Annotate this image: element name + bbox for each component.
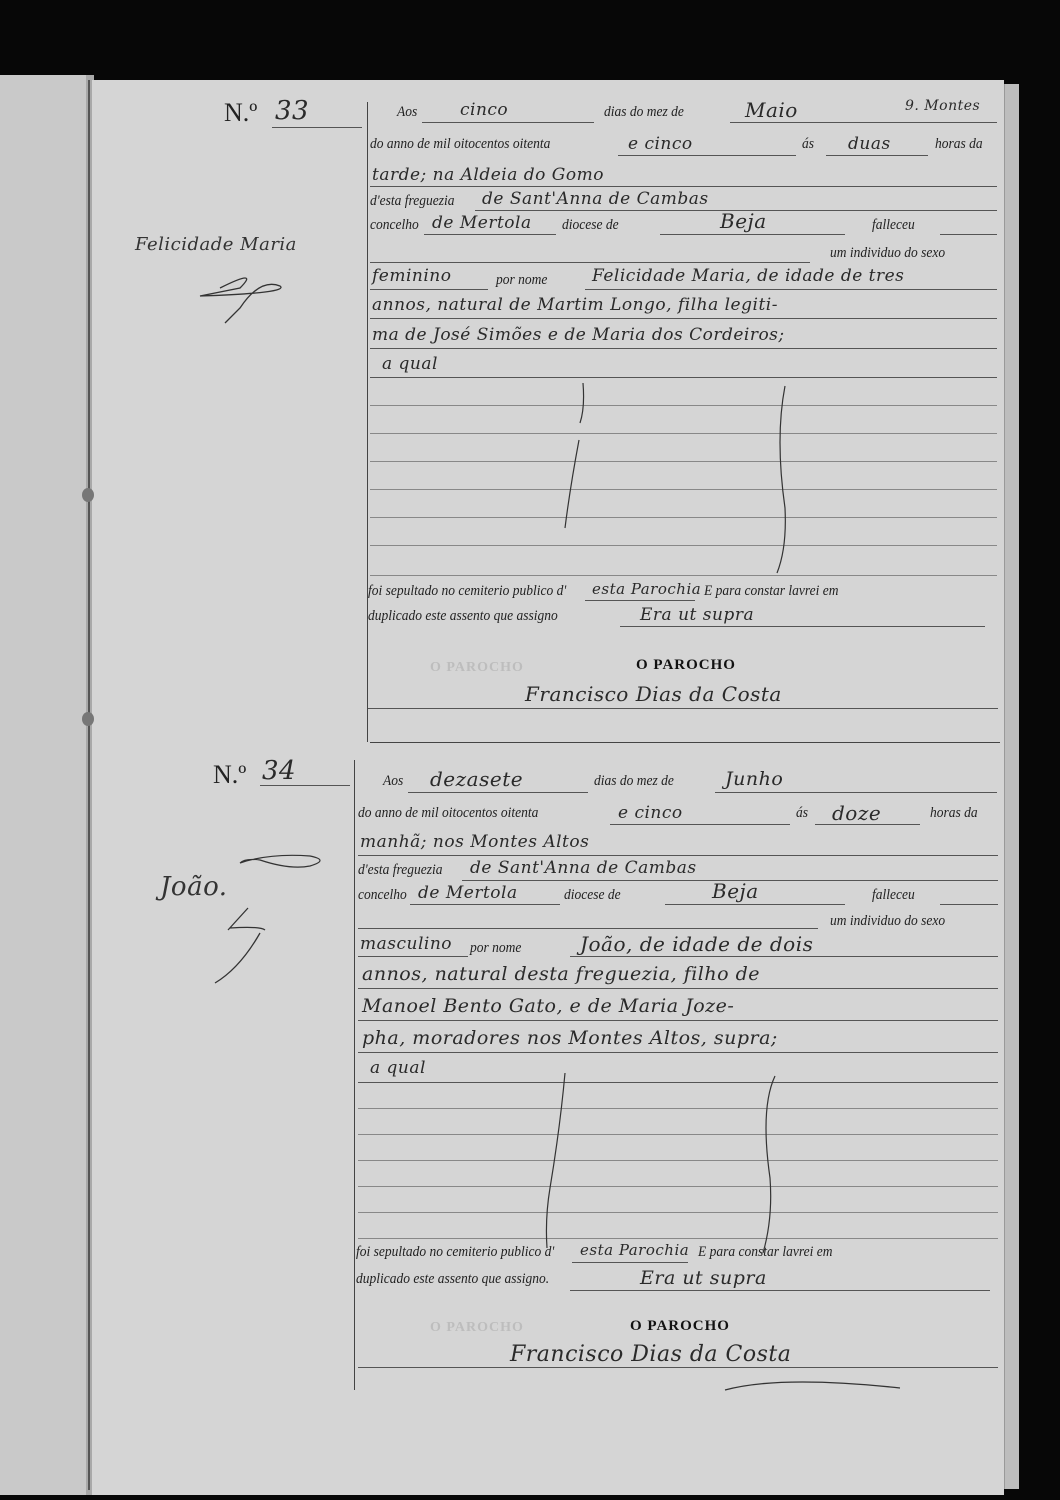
label-month: dias do mez de: [604, 104, 684, 121]
facing-page: [0, 75, 88, 1495]
rule: [610, 824, 790, 825]
rule: [370, 262, 810, 263]
field-details: ma de José Simões e de Maria dos Cordeir…: [372, 325, 785, 345]
entry-number-label: N.º: [213, 760, 246, 790]
binding-knot: [82, 712, 94, 726]
field-sex: masculino: [360, 934, 452, 954]
field-day: cinco: [460, 100, 508, 120]
field-hour: doze: [832, 801, 881, 825]
rule: [660, 234, 845, 235]
label-died: falleceu: [872, 887, 915, 904]
rule: [715, 792, 997, 793]
rule: [358, 1020, 998, 1021]
field-details: annos, natural desta freguezia, filho de: [362, 963, 760, 985]
cancel-strokes-icon: [555, 378, 805, 578]
rule: [424, 234, 556, 235]
field-name: Felicidade Maria, de idade de tres: [592, 266, 904, 286]
rule: [370, 289, 488, 290]
bleed-through-text: O PAROCHO: [430, 660, 524, 676]
field-details: a qual: [370, 1058, 426, 1078]
rule: [620, 626, 985, 627]
entry-number: 33: [275, 96, 309, 126]
rule: [370, 318, 997, 319]
binding-thread: [88, 80, 90, 1490]
label-as: ás: [796, 805, 808, 822]
field-month: Maio: [745, 98, 798, 122]
field-time-place: tarde; na Aldeia do Gomo: [372, 165, 604, 185]
field-county: de Mertola: [432, 213, 532, 233]
parocho-signature: Francisco Dias da Costa: [525, 682, 782, 706]
label-parish: d'esta freguezia: [370, 193, 455, 210]
rule: [585, 600, 695, 601]
label-record: E para constar lavrei em: [698, 1244, 832, 1261]
field-details: annos, natural de Martim Longo, filha le…: [372, 295, 778, 315]
label-name: por nome: [496, 272, 547, 289]
label-county: concelho: [370, 217, 419, 234]
label-sex: um individuo do sexo: [830, 245, 945, 262]
field-name: João, de idade de dois: [580, 932, 813, 956]
rule: [665, 904, 845, 905]
rule: [815, 824, 920, 825]
field-hour: duas: [848, 134, 891, 154]
label-as: ás: [802, 136, 814, 153]
rule: [368, 708, 998, 709]
field-county: de Mertola: [418, 883, 518, 903]
rule: [422, 122, 594, 123]
rule: [260, 785, 350, 786]
rule: [358, 1052, 998, 1053]
cancel-strokes-icon: [535, 1068, 795, 1258]
rule: [572, 1262, 688, 1263]
rule: [370, 186, 997, 187]
label-hours: horas da: [930, 805, 978, 822]
field-era-ut-supra: Era ut supra: [640, 1267, 767, 1289]
parocho-title: O PAROCHO: [636, 657, 736, 674]
rule: [358, 1367, 998, 1368]
margin-flourish-icon: [200, 848, 340, 988]
field-cemetery: esta Parochia: [592, 580, 701, 598]
column-divider: [354, 760, 355, 1390]
label-duplicate: duplicado este assento que assigno: [368, 608, 558, 625]
label-year: do anno de mil oitocentos oitenta: [358, 805, 538, 822]
field-sex: feminino: [372, 266, 451, 286]
field-details: a qual: [382, 354, 438, 374]
margin-flourish-icon: [180, 268, 300, 328]
rule: [358, 956, 468, 957]
label-diocese: diocese de: [562, 217, 619, 234]
field-diocese: Beja: [720, 209, 767, 233]
rule: [358, 928, 818, 929]
rule: [410, 904, 560, 905]
rule: [358, 855, 998, 856]
field-year: e cinco: [628, 134, 693, 154]
label-sex: um individuo do sexo: [830, 913, 945, 930]
field-parish: de Sant'Anna de Cambas: [482, 189, 709, 209]
field-diocese: Beja: [712, 879, 759, 903]
label-year: do anno de mil oitocentos oitenta: [370, 136, 550, 153]
label-name: por nome: [470, 940, 521, 957]
field-details: Manoel Bento Gato, e de Maria Joze-: [362, 995, 734, 1017]
label-aos: Aos: [383, 773, 403, 790]
corner-note: 9. Montes: [905, 98, 980, 114]
binding-knot: [82, 488, 94, 502]
label-diocese: diocese de: [564, 887, 621, 904]
field-parish: de Sant'Anna de Cambas: [470, 858, 697, 878]
field-era-ut-supra: Era ut supra: [640, 605, 754, 625]
rule: [826, 155, 928, 156]
rule: [358, 988, 998, 989]
field-month: Junho: [725, 768, 783, 790]
field-year: e cinco: [618, 803, 683, 823]
label-month: dias do mez de: [594, 773, 674, 790]
rule: [570, 1290, 990, 1291]
rule: [408, 792, 588, 793]
field-cemetery: esta Parochia: [580, 1241, 689, 1259]
rule: [585, 289, 997, 290]
parocho-signature: Francisco Dias da Costa: [510, 1342, 791, 1367]
label-record: E para constar lavrei em: [704, 583, 838, 600]
field-time-place: manhã; nos Montes Altos: [360, 832, 589, 852]
label-died: falleceu: [872, 217, 915, 234]
rule: [272, 127, 362, 128]
column-divider: [367, 102, 368, 742]
field-details: pha, moradores nos Montes Altos, supra;: [362, 1027, 778, 1049]
rule: [940, 904, 998, 905]
label-parish: d'esta freguezia: [358, 862, 443, 879]
label-duplicate: duplicado este assento que assigno.: [356, 1271, 549, 1288]
rule: [618, 155, 796, 156]
entry-number-label: N.º: [224, 98, 257, 128]
label-hours: horas da: [935, 136, 983, 153]
margin-name: Felicidade Maria: [135, 234, 297, 255]
label-burial: foi sepultado no cemiterio publico d': [356, 1244, 554, 1261]
rule: [730, 122, 997, 123]
entry-number: 34: [262, 756, 296, 786]
rule: [940, 234, 997, 235]
rule: [570, 956, 998, 957]
rule: [370, 348, 997, 349]
entry-separator: [370, 742, 1000, 743]
signature-flourish-icon: [720, 1370, 920, 1400]
bleed-through-text: O PAROCHO: [430, 1320, 524, 1336]
field-day: dezasete: [430, 767, 523, 791]
label-burial: foi sepultado no cemiterio publico d': [368, 583, 566, 600]
label-county: concelho: [358, 887, 407, 904]
page-edge: [1004, 84, 1019, 1489]
parocho-title: O PAROCHO: [630, 1318, 730, 1335]
label-aos: Aos: [397, 104, 417, 121]
